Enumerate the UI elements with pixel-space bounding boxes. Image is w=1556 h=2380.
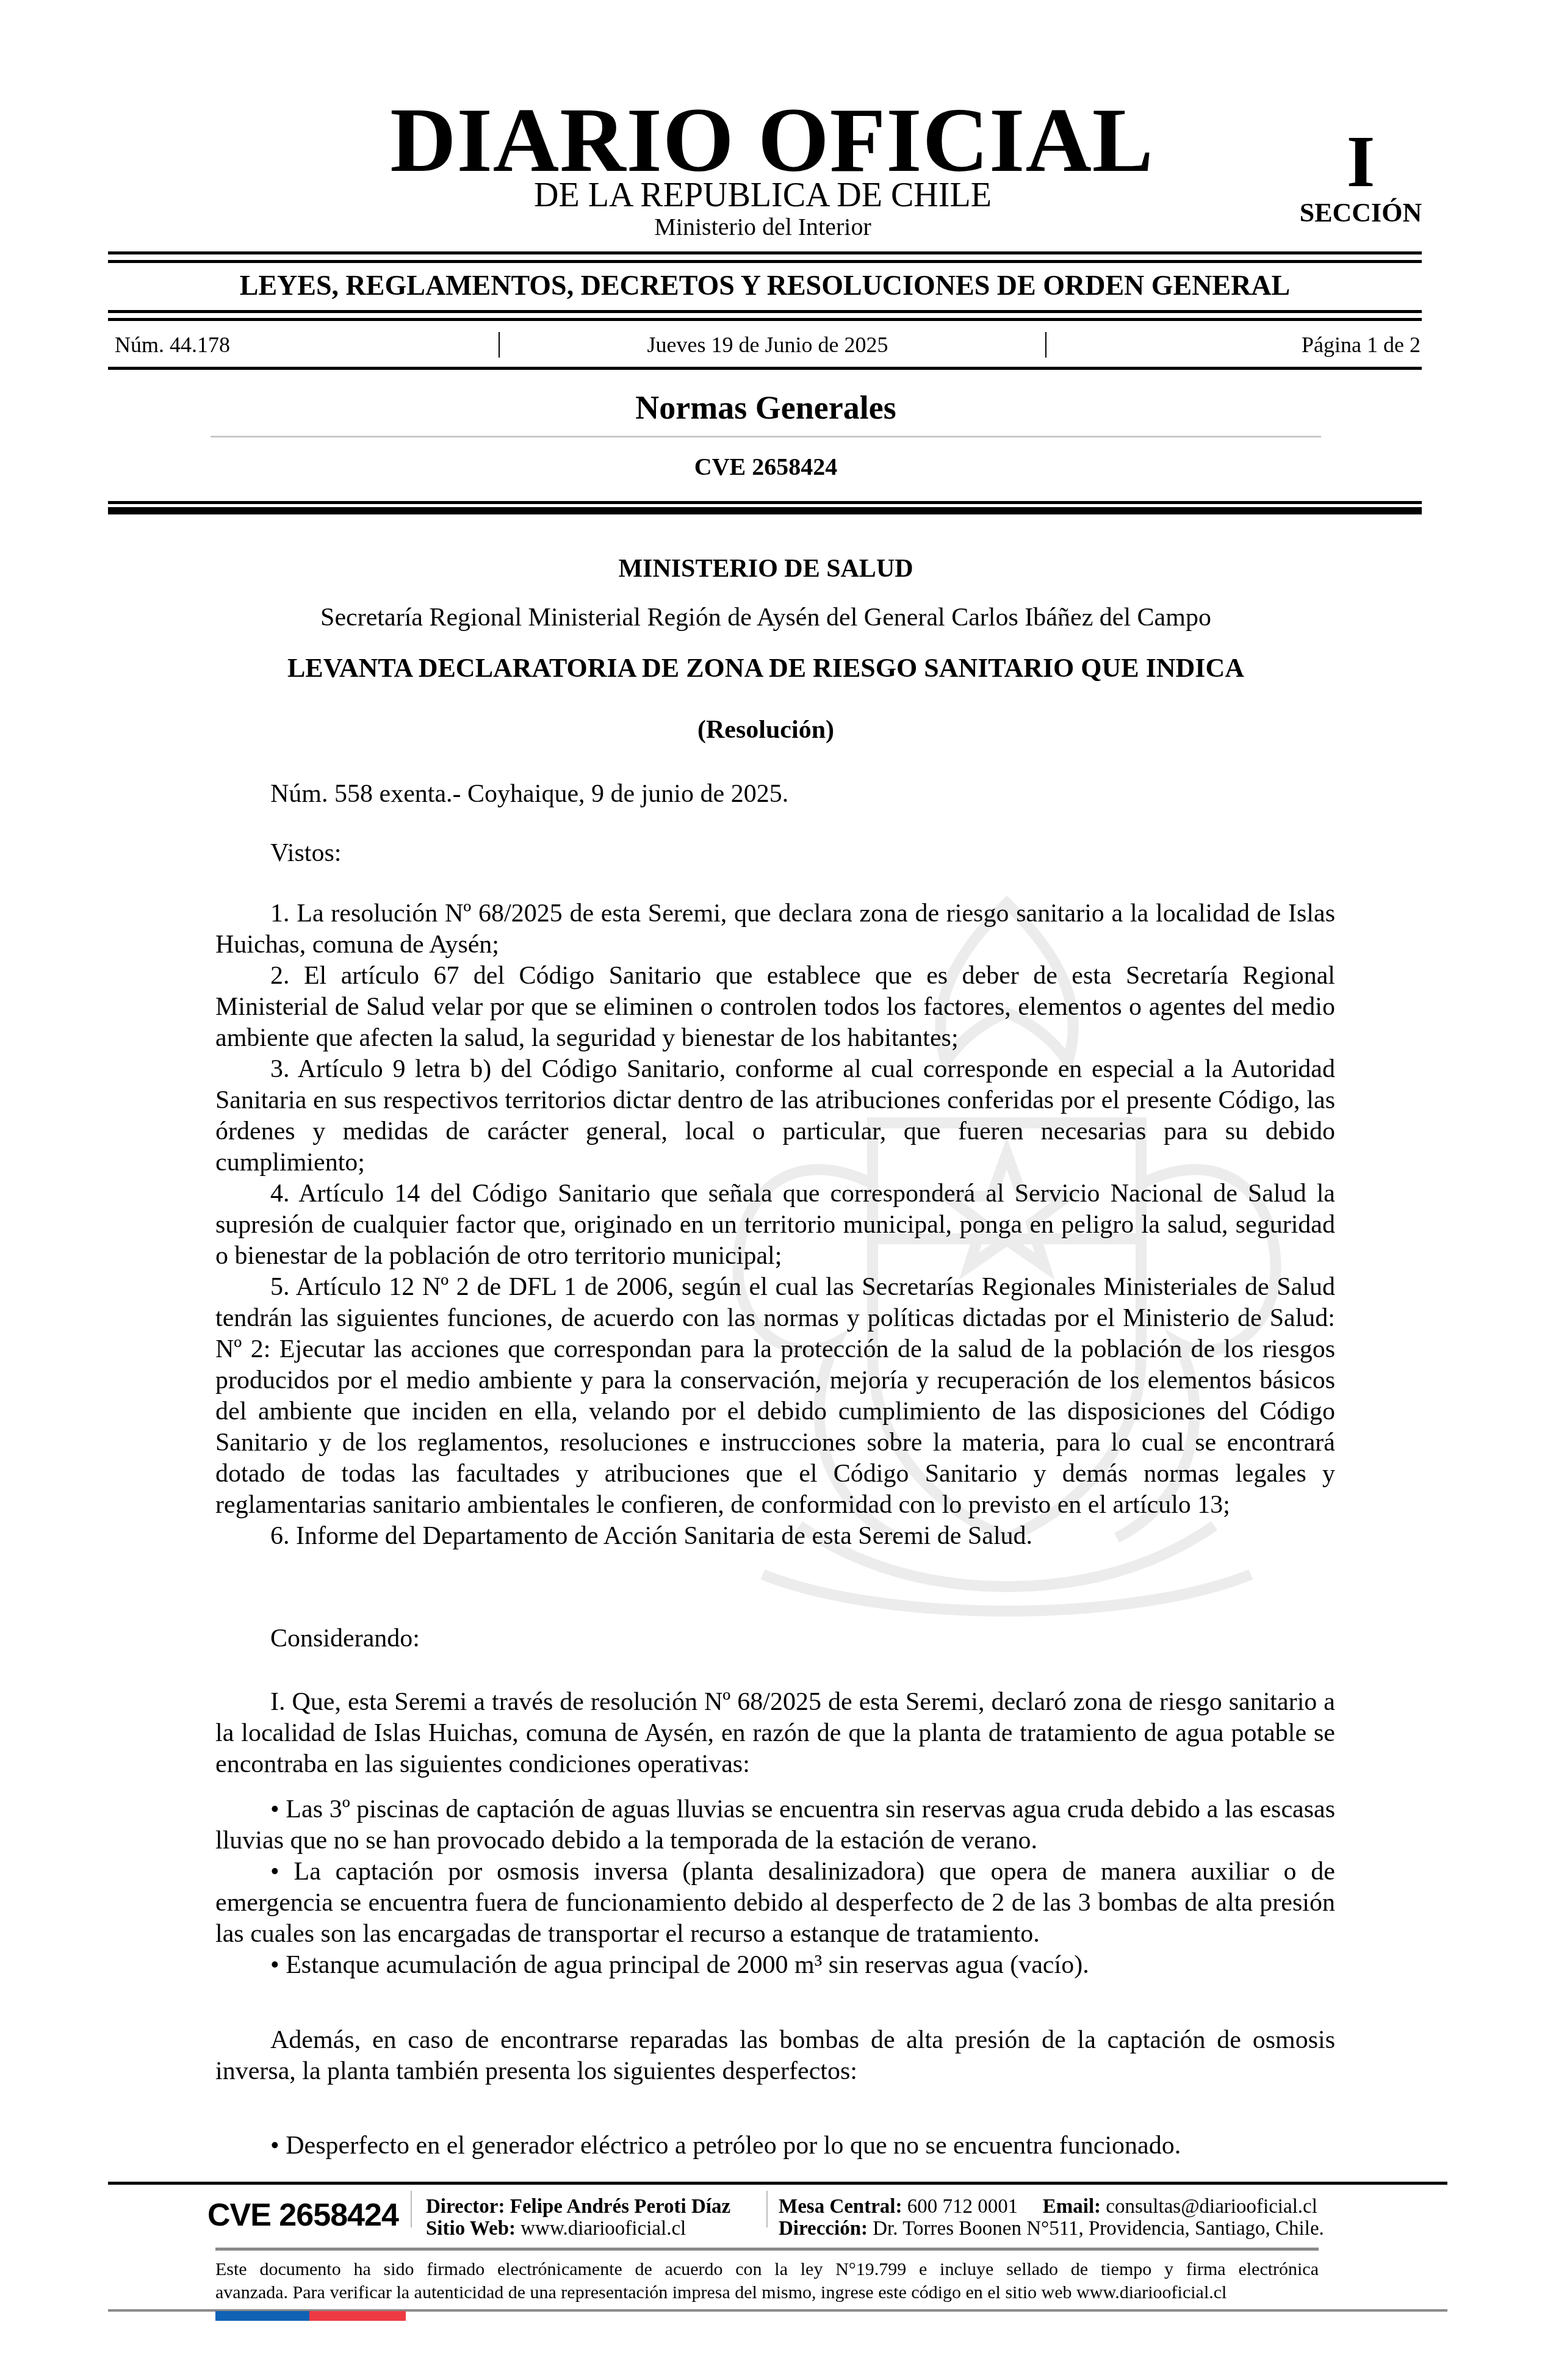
- footer-separator: [411, 2191, 412, 2227]
- footer-director: Director: Felipe Andrés Peroti Díaz: [426, 2195, 730, 2218]
- condition-bullet: • La captación por osmosis inversa (plan…: [215, 1856, 1335, 1950]
- flag-stripe-blue: [215, 2311, 309, 2321]
- director-name: Felipe Andrés Peroti Díaz: [510, 2196, 730, 2218]
- website-link[interactable]: www.diariooficial.cl: [520, 2218, 686, 2240]
- phone-value: 600 712 0001: [907, 2196, 1018, 2218]
- visto-item: 1. La resolución Nº 68/2025 de esta Sere…: [215, 898, 1335, 961]
- divider: [108, 501, 1422, 504]
- considerando-item: I. Que, esta Seremi a través de resoluci…: [215, 1687, 1335, 1780]
- section-label: SECCIÓN: [1281, 198, 1440, 228]
- divider: [108, 310, 1422, 313]
- visto-item: 5. Artículo 12 Nº 2 de DFL 1 de 2006, se…: [215, 1272, 1335, 1521]
- footer-address: Dirección: Dr. Torres Boonen N°511, Prov…: [779, 2217, 1324, 2240]
- category-heading: LEYES, REGLAMENTOS, DECRETOS Y RESOLUCIO…: [108, 270, 1422, 301]
- footer-divider: [215, 2248, 1319, 2251]
- visto-item: 3. Artículo 9 letra b) del Código Sanita…: [215, 1054, 1335, 1178]
- document-title: LEVANTA DECLARATORIA DE ZONA DE RIESGO S…: [0, 653, 1532, 683]
- divider: [108, 367, 1422, 370]
- footer-contact: Mesa Central: 600 712 0001 Email: consul…: [779, 2195, 1317, 2218]
- divider: [211, 436, 1321, 438]
- address-label: Dirección:: [779, 2218, 868, 2240]
- document-type: (Resolución): [0, 715, 1532, 745]
- meta-separator: [1045, 332, 1046, 358]
- section-heading: Normas Generales: [0, 389, 1532, 426]
- divider: [108, 251, 1422, 254]
- cve-code: CVE 2658424: [0, 453, 1532, 481]
- conditions-list: • Las 3º piscinas de captación de aguas …: [215, 1794, 1335, 1981]
- condition-bullet: • Las 3º piscinas de captación de aguas …: [215, 1794, 1335, 1856]
- footer-website: Sitio Web: www.diariooficial.cl: [426, 2217, 686, 2240]
- considerando-paragraph: I. Que, esta Seremi a través de resoluci…: [215, 1687, 1335, 1780]
- footer-legal-notice: Este documento ha sido firmado electróni…: [215, 2258, 1319, 2304]
- footer-divider: [108, 2182, 1447, 2185]
- website-label: Sitio Web:: [426, 2218, 516, 2240]
- defects-list: • Desperfecto en el generador eléctrico …: [215, 2130, 1335, 2162]
- flag-stripe-red: [309, 2311, 406, 2321]
- email-label: Email:: [1043, 2196, 1101, 2218]
- divider: [108, 507, 1422, 514]
- condition-bullet: • Estanque acumulación de agua principal…: [215, 1950, 1335, 1981]
- footer-separator: [766, 2191, 768, 2227]
- address-value: Dr. Torres Boonen N°511, Providencia, Sa…: [873, 2218, 1324, 2240]
- ademas-paragraph: Además, en caso de encontrarse reparadas…: [215, 2025, 1335, 2087]
- vistos-list: 1. La resolución Nº 68/2025 de esta Sere…: [215, 898, 1335, 1552]
- resolution-number: Núm. 558 exenta.- Coyhaique, 9 de junio …: [270, 779, 788, 810]
- defect-bullet: • Desperfecto en el generador eléctrico …: [215, 2130, 1335, 2162]
- visto-item: 4. Artículo 14 del Código Sanitario que …: [215, 1178, 1335, 1272]
- issue-date: Jueves 19 de Junio de 2025: [115, 330, 1421, 360]
- visto-item: 2. El artículo 67 del Código Sanitario q…: [215, 961, 1335, 1054]
- director-label: Director:: [426, 2196, 505, 2218]
- document-ministry: MINISTERIO DE SALUD: [0, 554, 1532, 583]
- ademas-text: Además, en caso de encontrarse reparadas…: [215, 2025, 1335, 2087]
- divider: [108, 318, 1422, 321]
- footer-cve-code: CVE 2658424: [207, 2197, 398, 2234]
- email-link[interactable]: consultas@diariooficial.cl: [1106, 2196, 1317, 2218]
- considerando-label: Considerando:: [270, 1623, 420, 1654]
- section-number: I: [1312, 125, 1410, 198]
- page-indicator: Página 1 de 2: [1302, 330, 1421, 360]
- document-office: Secretaría Regional Ministerial Región d…: [0, 603, 1532, 632]
- issue-meta: Núm. 44.178 Jueves 19 de Junio de 2025 P…: [115, 330, 1421, 360]
- legal-line: avanzada. Para verificar la autenticidad…: [215, 2281, 1319, 2304]
- phone-label: Mesa Central:: [779, 2196, 902, 2218]
- visto-item: 6. Informe del Departamento de Acción Sa…: [215, 1521, 1335, 1552]
- vistos-label: Vistos:: [270, 838, 342, 869]
- legal-line: Este documento ha sido firmado electróni…: [215, 2258, 1319, 2281]
- divider: [108, 260, 1422, 263]
